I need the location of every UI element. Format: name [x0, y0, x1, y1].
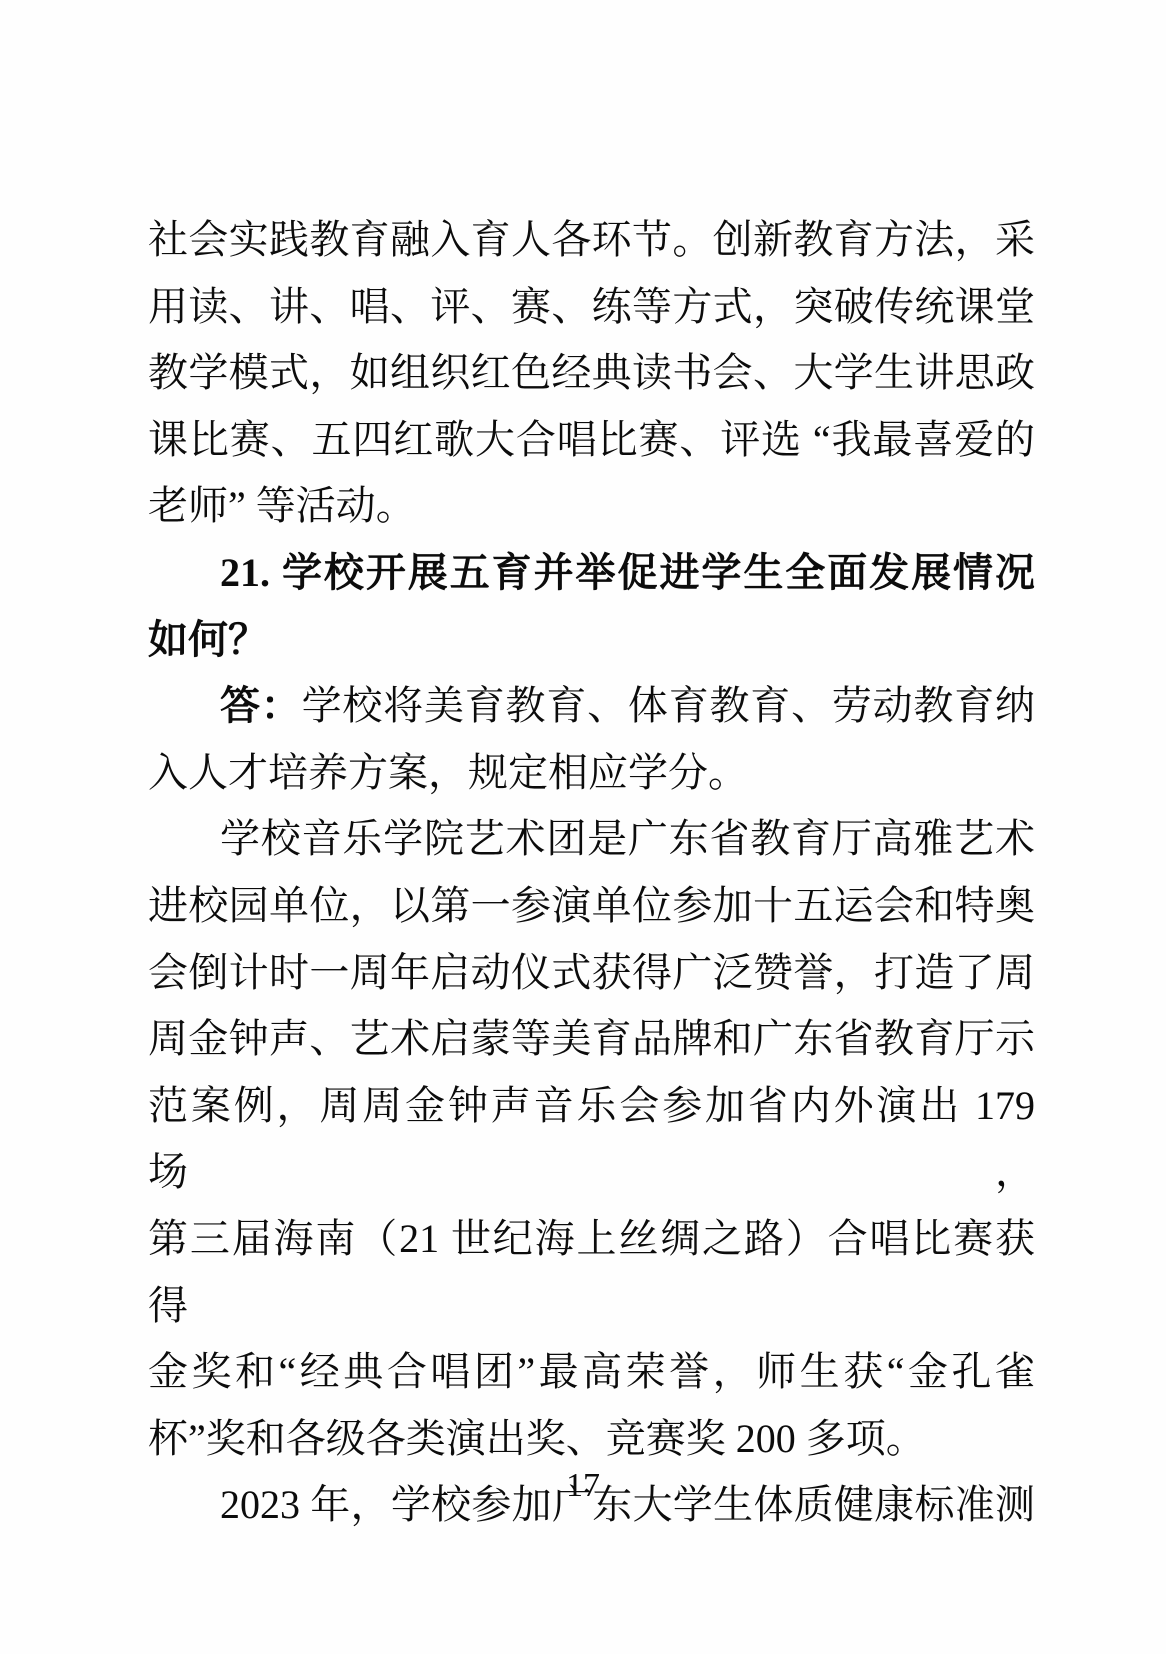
text-line: 用读、讲、唱、评、赛、练等方式，突破传统课堂: [148, 274, 1035, 341]
text-line: 金奖和“经典合唱团”最高荣誉，师生获“金孔雀: [148, 1339, 1035, 1406]
text-line: 会倒计时一周年启动仪式获得广泛赞誉，打造了周: [148, 940, 1035, 1007]
page-footer: 17: [0, 1466, 1166, 1506]
document-page: 社会实践教育融入育人各环节。创新教育方法，采 用读、讲、唱、评、赛、练等方式，突…: [0, 0, 1166, 1654]
text-line: 老师” 等活动。: [148, 473, 1035, 540]
text-line: 进校园单位，以第一参演单位参加十五运会和特奥: [148, 873, 1035, 940]
text-line: 周金钟声、艺术启蒙等美育品牌和广东省教育厅示: [148, 1006, 1035, 1073]
text-line: 杯”奖和各级各类演出奖、竞赛奖 200 多项。: [148, 1406, 1035, 1473]
question-heading-line: 21. 学校开展五育并举促进学生全面发展情况: [148, 540, 1035, 607]
document-body: 社会实践教育融入育人各环节。创新教育方法，采 用读、讲、唱、评、赛、练等方式，突…: [148, 207, 1035, 1539]
answer-label: 答：: [220, 683, 302, 728]
text-line: 教学模式，如组织红色经典读书会、大学生讲思政: [148, 340, 1035, 407]
text-line: 入人才培养方案，规定相应学分。: [148, 740, 1035, 807]
text-line: 课比赛、五四红歌大合唱比赛、评选 “我最喜爱的: [148, 407, 1035, 474]
question-heading-line: 如何？: [148, 607, 1035, 674]
text-line: 学校音乐学院艺术团是广东省教育厅高雅艺术: [148, 806, 1035, 873]
text-line: 范案例，周周金钟声音乐会参加省内外演出 179 场，: [148, 1073, 1035, 1206]
page-number: 17: [566, 1467, 600, 1504]
text-line: 社会实践教育融入育人各环节。创新教育方法，采: [148, 207, 1035, 274]
text-line: 答：学校将美育教育、体育教育、劳动教育纳: [148, 673, 1035, 740]
text-line: 第三届海南（21 世纪海上丝绸之路）合唱比赛获得: [148, 1206, 1035, 1339]
text-segment: 学校将美育教育、体育教育、劳动教育纳: [302, 683, 1035, 728]
